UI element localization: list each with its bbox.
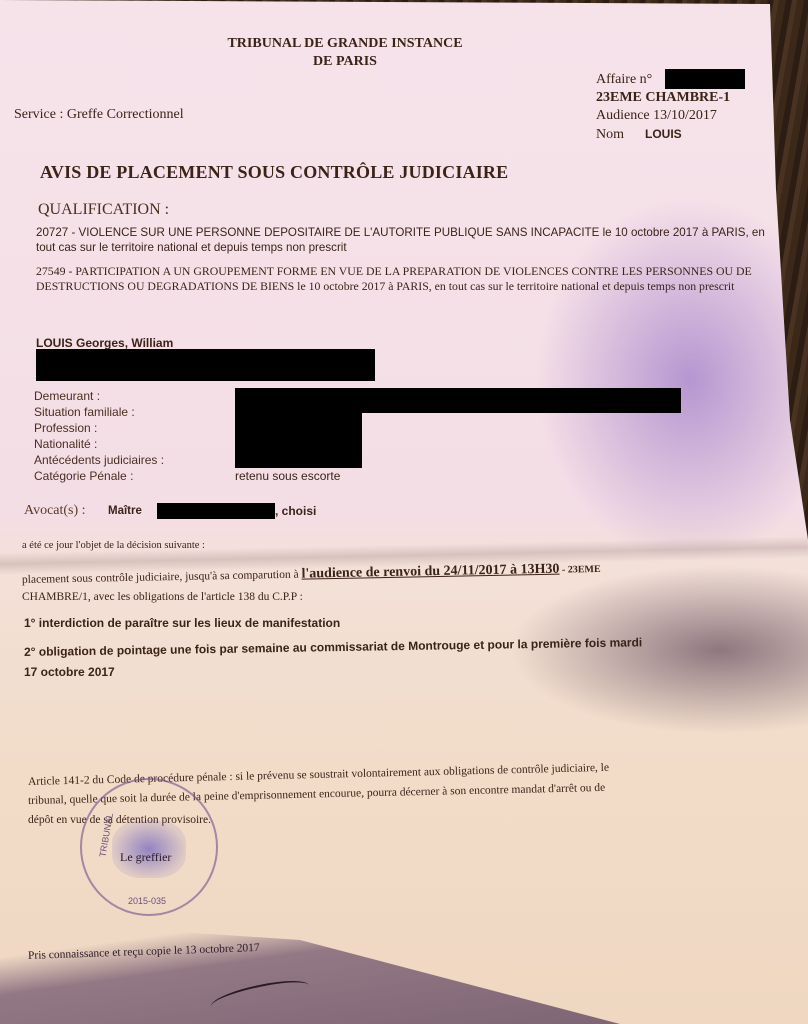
court-stamp: TRIBUNAL Le greffier 2015-035 [80,778,218,916]
nom-value: LOUIS [645,127,682,141]
decision-line2-text: CHAMBRE/1, avec les obligations de l'art… [22,591,303,603]
audience-date: Audience 13/10/2017 [596,108,717,124]
avocat-name-redacted [157,503,275,519]
decision-intro: a été ce jour l'objet de la décision sui… [22,540,205,551]
field-label-situation: Situation familiale : [34,405,135,419]
field-label-profession: Profession : [34,421,97,435]
affaire-label: Affaire n° [596,72,652,88]
document-title: AVIS DE PLACEMENT SOUS CONTRÔLE JUDICIAI… [40,162,508,183]
chambre: 23EME CHAMBRE-1 [596,90,730,106]
obligation-2: 2° obligation de pointage une fois par s… [24,635,642,659]
court-name-line2: DE PARIS [0,54,690,70]
obligation-2-date: 17 octobre 2017 [24,665,115,679]
stamp-emblem-icon [112,820,186,878]
qualification-heading: QUALIFICATION : [38,201,169,219]
decision-line2: CHAMBRE/1, avec les obligations de l'art… [22,591,303,603]
affaire-number-redacted [665,69,745,89]
nom-label: Nom [596,127,624,143]
decision-text-before: placement sous contrôle judiciaire, jusq… [22,569,302,586]
field-label-categorie: Catégorie Pénale : [34,469,133,483]
avocat-prefix: Maître [108,505,142,517]
decision-text-after: - 23EME [559,564,600,576]
charge-27549: 27549 - PARTICIPATION A UN GROUPEMENT FO… [36,264,766,294]
field-label-antecedents: Antécédents judiciaires : [34,453,164,467]
birth-info-redacted [36,349,375,381]
avocat-suffix: , choisi [275,504,316,518]
document-page: TRIBUNAL DE GRANDE INSTANCE DE PARIS Ser… [0,0,808,1024]
personal-details-redacted [235,412,362,468]
court-name-line1: TRIBUNAL DE GRANDE INSTANCE [0,36,690,52]
service-label: Service : Greffe Correctionnel [14,107,184,123]
stamp-signature-label: Le greffier [120,850,171,865]
charge-20727: 20727 - VIOLENCE SUR UNE PERSONNE DEPOSI… [36,225,766,255]
obligation-1: 1° interdiction de paraître sur les lieu… [24,616,340,630]
address-redacted [235,388,681,413]
stamp-number: 2015-035 [128,896,166,906]
person-name: LOUIS Georges, William [36,336,173,350]
field-label-demeurant: Demeurant : [34,389,100,403]
field-value-categorie: retenu sous escorte [235,469,340,483]
field-label-nationalite: Nationalité : [34,437,97,451]
avocat-label: Avocat(s) : [24,503,86,519]
